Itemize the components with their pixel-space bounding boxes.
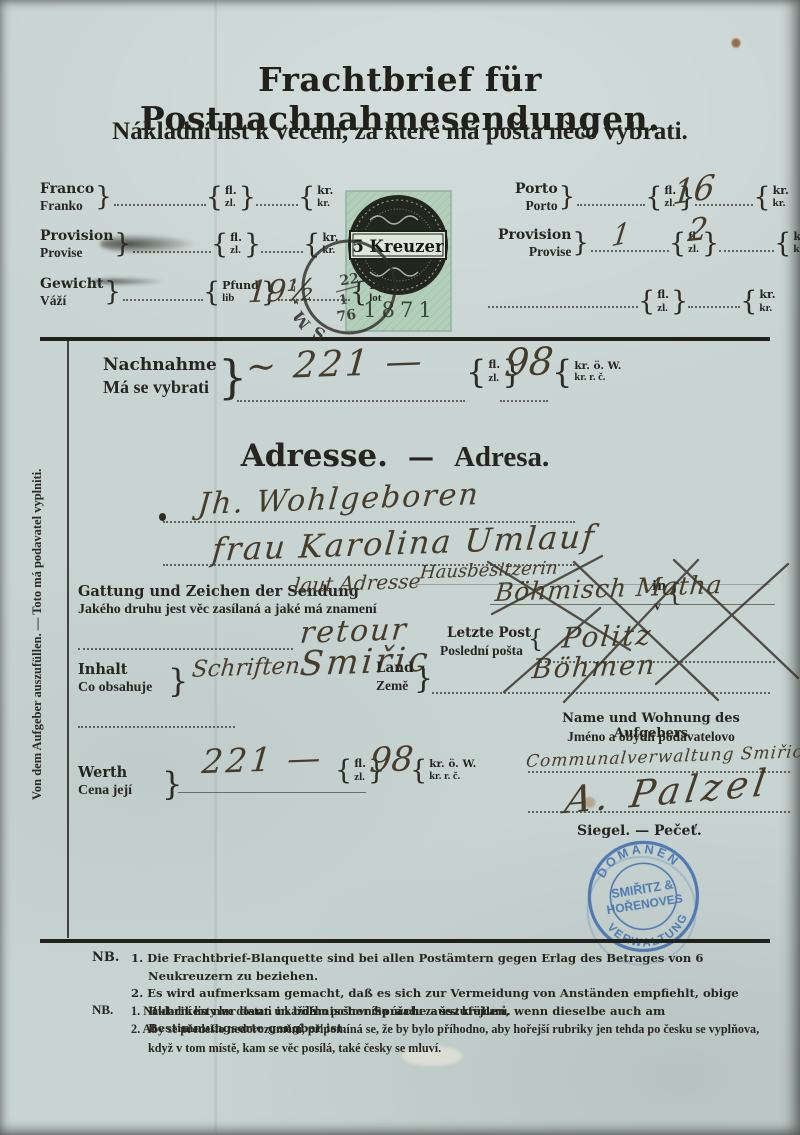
- blank-fl-line: [488, 306, 638, 308]
- sender-signature-handwritten: A. Palzel: [562, 761, 774, 823]
- blank-kr-line: [688, 306, 740, 308]
- land-label-cs: Země: [376, 678, 408, 694]
- footnote-czech: NB. 1. Nákladní listy lze dostati u každ…: [92, 1002, 780, 1057]
- document-scan: Frachtbrief für Postnachnahmesendungen. …: [0, 0, 800, 1135]
- currency-bracket: kr. ö. W.kr. r. č.: [410, 757, 478, 784]
- footnote-de-1: 1. Die Frachtbrief-Blanquette sind bei a…: [131, 950, 780, 985]
- provision-kr-handwritten: 2: [686, 211, 709, 250]
- foxing-spot: [731, 37, 741, 49]
- fl-zl-bracket: fl.zl.: [206, 184, 256, 211]
- werth-label-cs: Cena její: [78, 783, 132, 799]
- kr-bracket: kr.kr.: [774, 230, 800, 257]
- postmark-stamp: SMIŘ 22 1 76: [294, 232, 404, 342]
- sender-signature-rule: [528, 811, 790, 813]
- section-rule-bottom: [40, 939, 770, 943]
- left-column-rule: [67, 341, 69, 938]
- brace: }: [218, 350, 247, 404]
- address-line1-handwritten: Jh. Wohlgeboren: [197, 477, 482, 522]
- crossout-strokes: [478, 550, 800, 712]
- field-franco: Franco Franko fl.zl. kr.kr.: [40, 181, 335, 213]
- left-blank-rule: [78, 726, 235, 728]
- address-heading-czech: Adresa.: [454, 441, 549, 474]
- provision-kr-line: [719, 250, 774, 252]
- kr-bracket: kr.kr.: [298, 184, 335, 211]
- address-heading-german: Adresse.: [241, 438, 388, 474]
- nb-label-cs: NB.: [92, 1002, 122, 1057]
- werth-label-de: Werth: [78, 764, 127, 781]
- kr-bracket: kr.kr.: [753, 184, 790, 211]
- brace: [571, 230, 591, 256]
- address-heading-dash: —: [408, 443, 434, 473]
- gewicht-line: [123, 299, 203, 301]
- werth-amount-rule: [178, 792, 366, 793]
- nachnahme-amount-line: [237, 400, 465, 402]
- porto-value-handwritten: 16: [671, 167, 717, 213]
- gewicht-label: Gewicht Váží: [40, 276, 103, 308]
- franco-fl-line: [114, 204, 206, 206]
- provision-fl-line: [591, 250, 669, 252]
- fl-zl-bracket: fl.zl.: [638, 288, 688, 315]
- gattung-value-handwritten: laut Adresse: [293, 569, 422, 598]
- inhalt-label-cs: Co obsahuje: [78, 680, 152, 696]
- brace: }: [162, 765, 182, 803]
- nachnahme-amount-handwritten: ~ 221 —: [244, 341, 426, 388]
- franco-kr-line: [256, 204, 298, 206]
- nachnahme-kr-handwritten: 98: [503, 339, 555, 385]
- currency-bracket: kr. ö. W.kr. r. č.: [552, 356, 623, 388]
- inhalt-value-handwritten: Schriften: [191, 653, 301, 683]
- nachnahme-label-de: Nachnahme: [103, 355, 217, 375]
- brace: [94, 184, 114, 210]
- ink-smudge: [100, 234, 195, 254]
- werth-amount-handwritten: 221 —: [200, 738, 325, 781]
- footnote-cs-2: 2. Aby se předešlo nedorozumění, připomí…: [131, 1020, 780, 1057]
- inhalt-label-de: Inhalt: [78, 661, 127, 678]
- retour-row-line: [78, 648, 293, 650]
- werth-kr-handwritten: 98: [368, 739, 415, 781]
- footnote-cs-1: 1. Nákladní listy lze dostati u každého …: [131, 1002, 780, 1020]
- section-rule-top: [40, 337, 770, 341]
- land-label-de: Land: [376, 660, 414, 676]
- postmark-year: 76: [336, 307, 358, 326]
- field-blank-right: fl.zl. kr.kr.: [488, 288, 778, 315]
- fl-zl-bracket: fl.zl.: [211, 231, 261, 258]
- franco-label: Franco Franko: [40, 181, 94, 213]
- nachnahme-kr-line: [500, 400, 548, 402]
- ink-dot: [159, 513, 166, 521]
- svg-text:SMIŘ: SMIŘ: [294, 273, 329, 342]
- field-porto: Porto Porto fl.zl. kr.kr.: [515, 181, 791, 213]
- postmark-town: SMIŘ: [294, 273, 329, 342]
- address-heading: Adresse. — Adresa.: [0, 438, 790, 474]
- provision-label: Provision Provise: [498, 227, 571, 259]
- postmark-month: 1: [338, 292, 349, 308]
- brace: }: [414, 661, 433, 696]
- brace: [558, 184, 578, 210]
- brace: }: [168, 662, 188, 700]
- kr-bracket: kr.kr.: [740, 288, 777, 315]
- form-title-czech: Nákladní list k věcem, za které má pošta…: [0, 118, 800, 146]
- margin-instruction: Von dem Aufgeber auszufüllen. — Toto má …: [30, 424, 45, 844]
- sender-label-cs: Jméno a obydlí podavatelovo: [525, 729, 777, 745]
- field-provision-right: Provision Provise fl.zl. kr.kr.: [498, 227, 800, 259]
- nachnahme-label-cs: Má se vybrati: [103, 377, 209, 398]
- porto-label: Porto Porto: [515, 181, 558, 213]
- porto-fl-line: [577, 204, 645, 206]
- brace: [103, 279, 123, 305]
